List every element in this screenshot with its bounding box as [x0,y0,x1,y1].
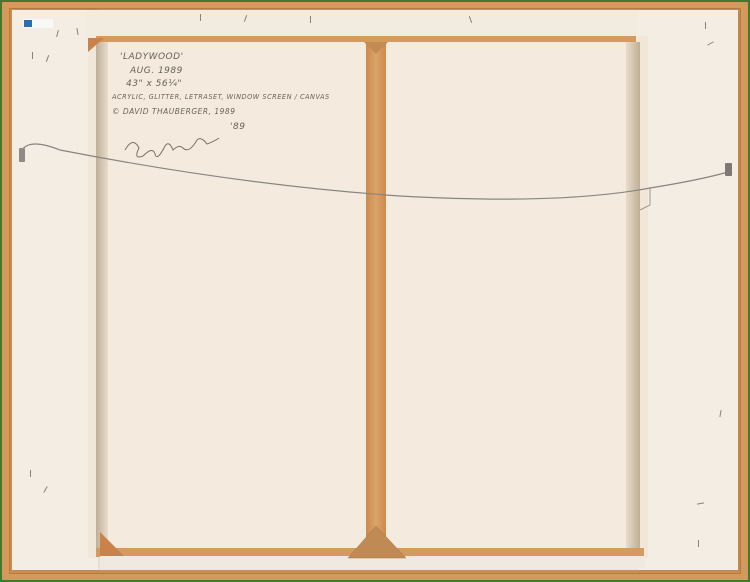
staple [705,22,706,29]
top-center-brace [364,42,388,54]
staple [30,470,31,477]
staple [310,16,311,23]
staple [32,52,33,59]
bottom-left-brace [100,532,124,556]
hanging-wire [22,144,728,199]
signature-scrawl [125,138,219,157]
sticker-logo-icon [24,20,32,27]
gallery-sticker [23,19,53,28]
details-overlay [0,0,750,582]
inscription-title: 'LADYWOOD' [120,52,184,63]
inscription-signature-year: '89 [230,122,245,133]
staple [698,540,699,547]
inscription-copyright: © DAVID THAUBERGER, 1989 [112,107,235,116]
bottom-center-brace [348,526,406,558]
inscription-medium: ACRYLIC, GLITTER, LETRASET, WINDOW SCREE… [112,94,330,102]
inscription-dimensions: 43" x 56¼" [126,79,182,90]
inscription-date: AUG. 1989 [130,66,183,77]
right-hanger-hook [725,163,732,176]
left-hanger-hook [19,148,25,162]
staple [200,14,201,21]
top-left-brace [88,38,104,52]
